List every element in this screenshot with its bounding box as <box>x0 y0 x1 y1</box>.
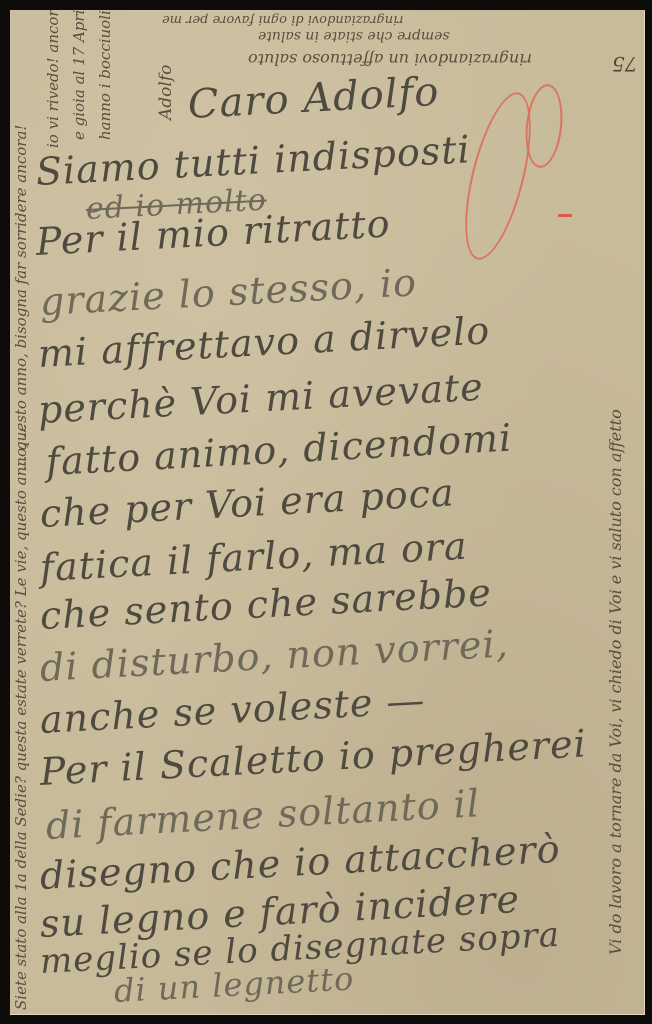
red-pencil-dash <box>558 214 572 217</box>
salutation: Caro Adolfo <box>187 69 441 128</box>
margin-note-top-1: ringraziandovi di ogni favore per me <box>162 12 404 27</box>
margin-note-top-2: sempre che stiate in salute <box>258 28 450 44</box>
folio-number: 75 <box>612 52 637 76</box>
margin-note-left-col3: e gioia al 17 Aprile <box>70 10 88 140</box>
red-pencil-oval-small <box>522 82 567 169</box>
margin-note-left-col2: io vi rivedo! ancora! <box>44 10 62 148</box>
margin-note-left-bottom: Siete stato alla 1a della Sedie? questa … <box>12 410 30 1010</box>
margin-note-left-col4: hanno i bocciuoli saluti a tutti <box>96 10 114 140</box>
margin-note-top-3: ringraziandovi un affettuoso saluto <box>248 50 532 69</box>
margin-note-left-signature: Adolfo <box>156 65 176 120</box>
margin-note-right: Vi do lavoro a tornare da Voi, vi chiedo… <box>606 409 625 955</box>
postcard-paper: 75 ringraziandovi di ogni favore per me … <box>10 10 645 1015</box>
